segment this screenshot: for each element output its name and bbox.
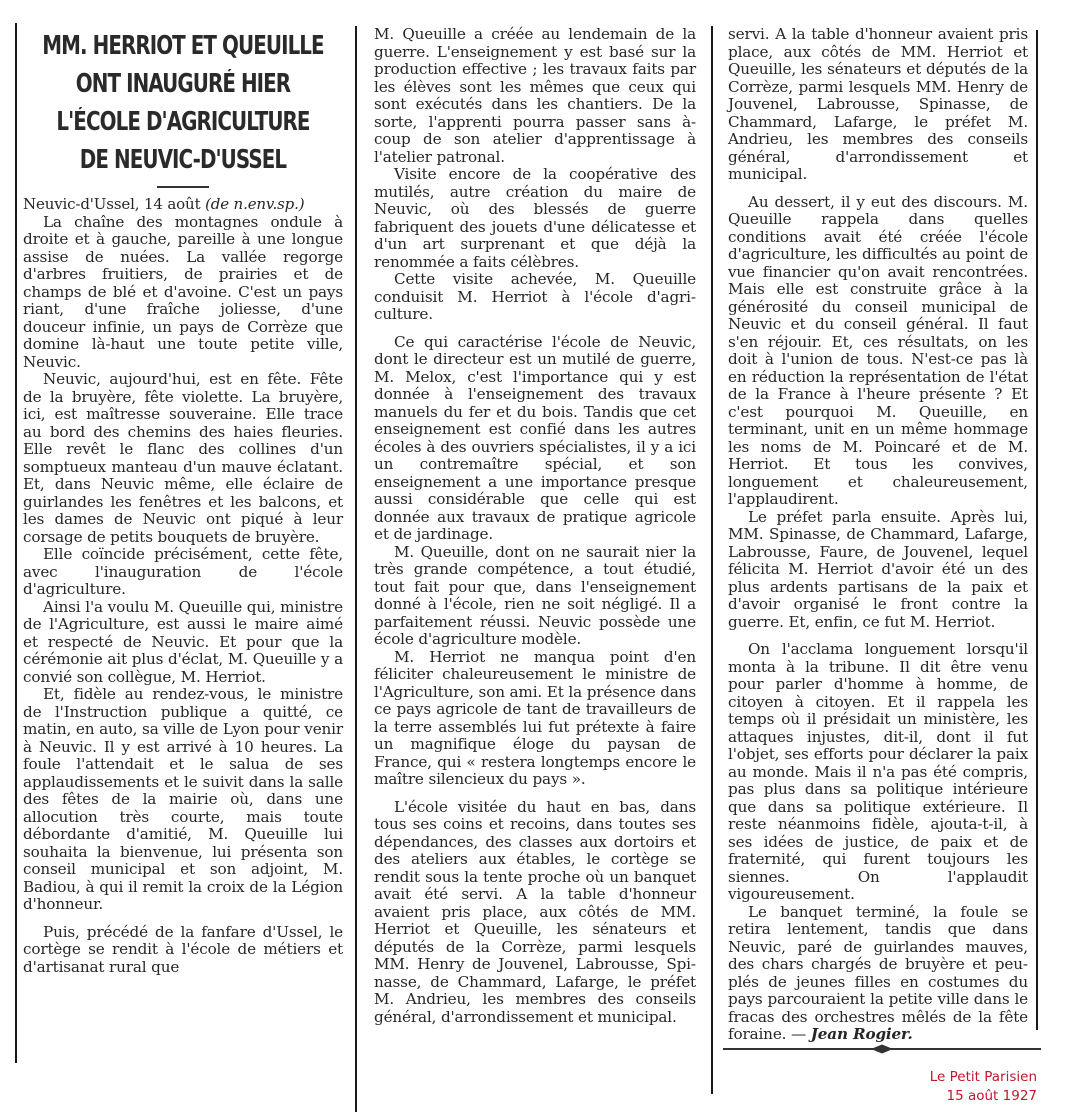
headline-line: DE NEUVIC-D'USSEL <box>23 141 343 179</box>
paragraph: M. Queuille, dont on ne saurait nier la … <box>374 544 696 649</box>
column-rule-1 <box>355 26 357 1112</box>
paragraph: M. Queuille a créée au lendemain de la g… <box>374 26 696 166</box>
dateline: Neuvic-d'Ussel, 14 août (de n.env.sp.) <box>23 196 343 214</box>
paragraph: Visite encore de la coopérative des muti… <box>374 166 696 271</box>
headline-line: ONT INAUGURÉ HIER <box>23 65 343 103</box>
paragraph: La chaîne des montagnes ondule à droite … <box>23 214 343 372</box>
right-border-rule <box>1036 30 1038 1030</box>
left-border-rule <box>15 23 17 1063</box>
paragraph: Neuvic, aujourd'hui, est en fête. Fête d… <box>23 371 343 546</box>
newspaper-name: Le Petit Parisien <box>930 1068 1037 1087</box>
paragraph: Cette visite achevée, M. Queuille condui… <box>374 271 696 324</box>
paragraph: Elle coïncide précisément, cette fête, a… <box>23 546 343 599</box>
end-ornament-divider <box>723 1044 1041 1054</box>
paragraph: Puis, précédé de la fanfare d'Us­sel, le… <box>23 924 343 977</box>
article-column-2: M. Queuille a créée au lendemain de la g… <box>374 26 696 1026</box>
headline-line: MM. HERRIOT ET QUEUILLE <box>23 27 343 65</box>
author-signature: Jean Rogier. <box>811 1025 913 1043</box>
article-column-1: MM. HERRIOT ET QUEUILLE ONT INAUGURÉ HIE… <box>23 27 343 976</box>
paragraph: L'école visitée du haut en bas, dans tou… <box>374 799 696 1027</box>
headline: MM. HERRIOT ET QUEUILLE ONT INAUGURÉ HIE… <box>23 27 343 179</box>
headline-divider <box>157 186 209 188</box>
paragraph: Et, fidèle au rendez-vous, le minis­tre … <box>23 686 343 914</box>
source-caption: Le Petit Parisien 15 août 1927 <box>930 1068 1037 1106</box>
final-paragraph: Le banquet terminé, la foule se retira l… <box>728 904 1028 1044</box>
paragraph: On l'acclama longuement lorsqu'il monta … <box>728 641 1028 904</box>
paragraph: M. Herriot ne manqua point d'en félicite… <box>374 649 696 789</box>
headline-line: L'ÉCOLE D'AGRICULTURE <box>23 103 343 141</box>
paragraph: Ainsi l'a voulu M. Queuille qui, ministr… <box>23 599 343 687</box>
dateline-place-date: Neuvic-d'Ussel, 14 août <box>23 195 205 213</box>
paragraph: Au dessert, il y eut des discours. M. Qu… <box>728 194 1028 509</box>
article-column-3: servi. A la table d'honneur avaient pris… <box>728 26 1028 1044</box>
publication-date: 15 août 1927 <box>930 1087 1037 1106</box>
paragraph: servi. A la table d'honneur avaient pris… <box>728 26 1028 184</box>
dateline-source-note: (de n.env.sp.) <box>205 195 304 213</box>
paragraph: Ce qui caractérise l'école de Neu­vic, d… <box>374 334 696 544</box>
column-rule-2 <box>711 26 713 1094</box>
paragraph-text: Le banquet terminé, la foule se retira l… <box>728 903 1028 1044</box>
paragraph: Le préfet parla ensuite. Après lui, MM. … <box>728 509 1028 632</box>
